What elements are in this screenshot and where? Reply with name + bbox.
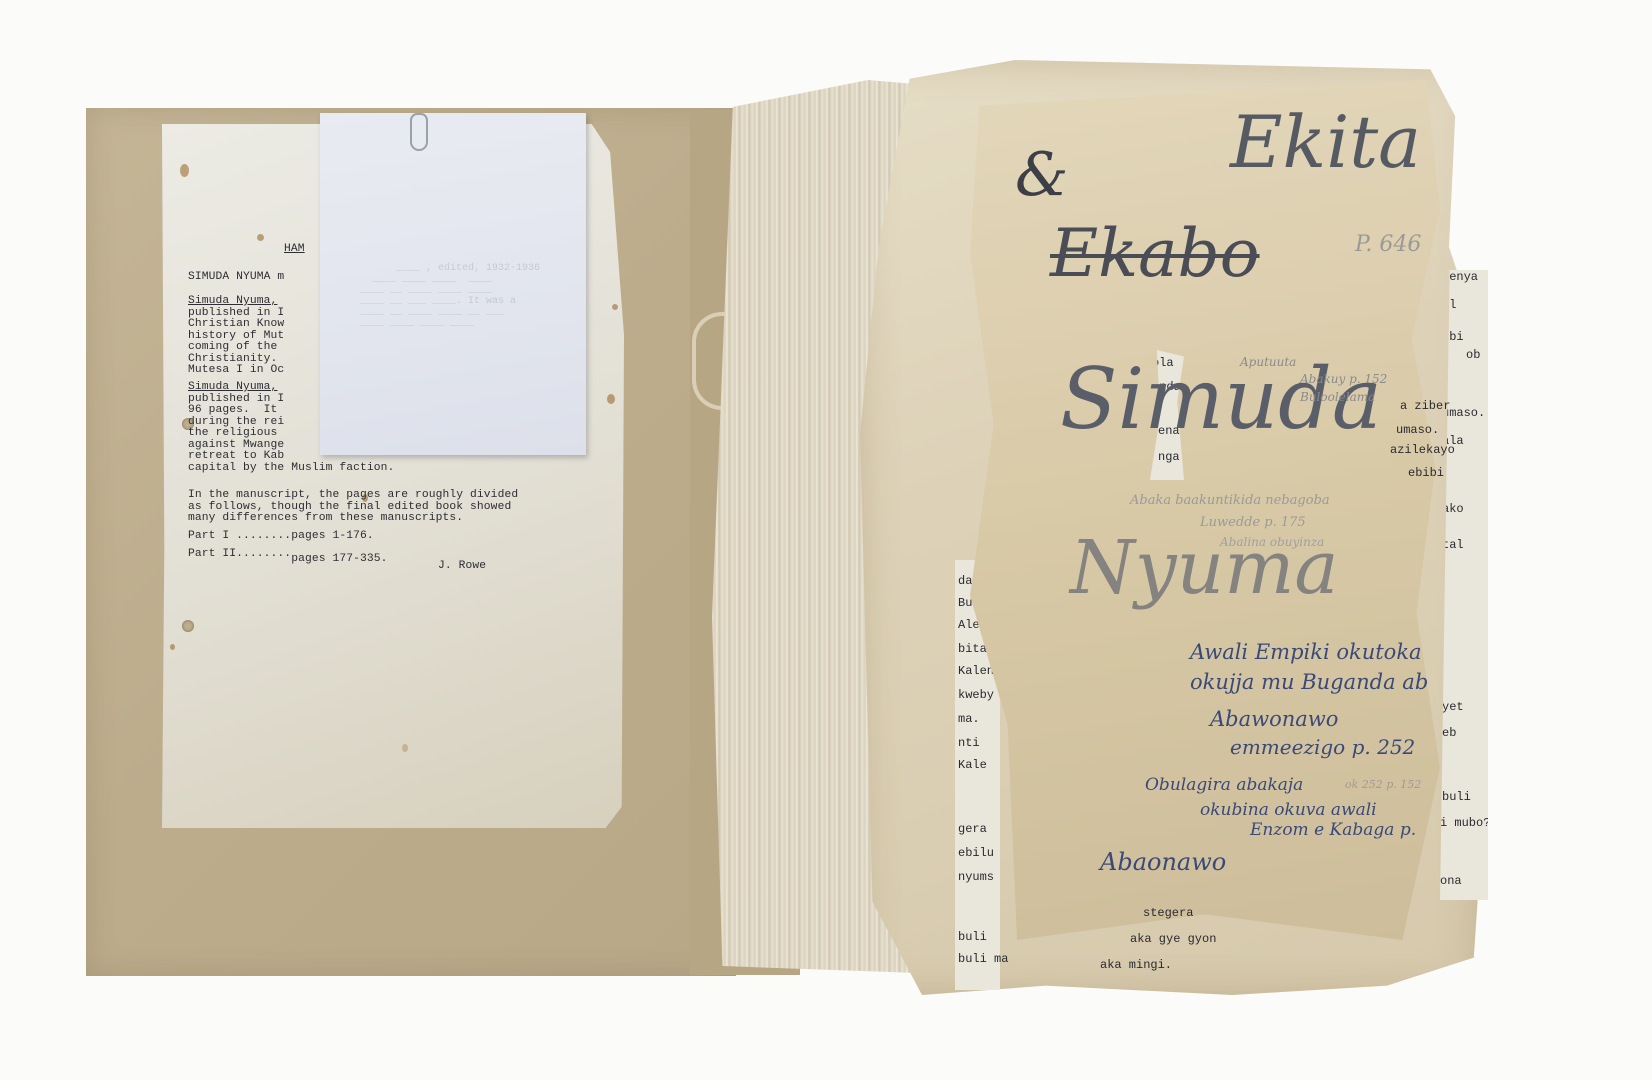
part-row: Part II........pages 177-335. — [188, 543, 518, 561]
rust-stain — [257, 234, 264, 241]
cover-title-line-1: Ekita — [1230, 100, 1421, 184]
typed-word: aka gye gyon — [1130, 932, 1216, 946]
typed-word: gera — [958, 822, 987, 836]
part-range: pages 1-176. — [291, 530, 374, 542]
ghost-line: ____ ____ ____ ____ — [324, 274, 540, 285]
note-signature: J. Rowe — [438, 561, 486, 573]
cover-ampersand: & — [1015, 140, 1068, 210]
rust-stain — [180, 164, 189, 177]
typed-word: Kalen — [958, 664, 994, 678]
typed-word: ona — [1440, 874, 1462, 888]
typed-word: kweby — [958, 688, 994, 702]
note-line: many differences from these manuscripts. — [188, 513, 518, 525]
part-row: Part I ........pages 1-176. — [188, 525, 518, 543]
typed-word: aka mingi. — [1100, 958, 1172, 972]
blue-ink-line: Abawonawo — [1210, 707, 1338, 731]
typed-word: ebilu — [958, 846, 994, 860]
cover-title-line-3: Nyuma — [1070, 525, 1339, 611]
ghost-line: ____ __ ___ ____. It was a — [324, 296, 540, 307]
typed-word: ebibi — [1408, 466, 1444, 480]
slip-showthrough-text: ____ , edited, 1932-1936 ____ ____ ____ … — [324, 263, 540, 329]
blue-ink-line: Awali Empiki okutoka — [1190, 640, 1422, 664]
typed-word: nti — [958, 736, 980, 750]
rust-stain — [612, 304, 618, 310]
blue-ink-line: Enzom e Kabaga p. — [1250, 820, 1416, 840]
ghost-line: ____ __ ____ ____ ____ — [324, 285, 540, 296]
typed-word: buli — [958, 930, 987, 944]
cover-page-note: P. 646 — [1355, 232, 1421, 257]
note-line: coming of the — [188, 342, 284, 354]
note-heading: HAM — [284, 244, 305, 256]
note-line: In the manuscript, the pages are roughly… — [188, 490, 518, 502]
typed-word: buli — [1442, 790, 1471, 804]
part-range: pages 177-335. — [291, 553, 387, 565]
cover-struck-word: Ekabo — [1050, 215, 1260, 292]
note-paragraph-3: In the manuscript, the pages are roughly… — [188, 490, 518, 561]
note-paragraph-1: Simuda Nyuma, published in I Christian K… — [188, 296, 284, 377]
rust-stain — [402, 744, 408, 752]
pencil-note: Aputuuta — [1240, 355, 1296, 369]
pencil-ref: ok 252 p. 152 — [1345, 778, 1421, 791]
typed-word: i mubo? — [1440, 816, 1490, 830]
typed-word: stegera — [1143, 906, 1193, 920]
note-line: Christian Know — [188, 319, 284, 331]
pencil-note: Buloolelama — [1300, 390, 1375, 404]
typed-word: umaso. — [1396, 423, 1439, 437]
note-line: Mutesa I in Oc — [188, 365, 284, 377]
blue-ink-line: Obulagira abakaja — [1145, 775, 1303, 795]
note-line: capital by the Muslim faction. — [188, 463, 394, 475]
typed-word: ma. — [958, 712, 980, 726]
typed-word: ob — [1466, 348, 1480, 362]
rust-stain — [607, 394, 615, 404]
ghost-line: ____ , edited, 1932-1936 — [324, 263, 540, 274]
typed-word: buli ma — [958, 952, 1008, 966]
part-label: Part I ........ — [188, 530, 291, 542]
note-title-line: SIMUDA NYUMA m — [188, 272, 284, 284]
typed-word: a ziber — [1400, 399, 1450, 413]
pencil-note: Abakuy p. 152 — [1300, 372, 1387, 386]
paperclip-icon — [410, 113, 428, 151]
typed-word: yet — [1442, 700, 1464, 714]
attached-blue-slip: ____ , edited, 1932-1936 ____ ____ ____ … — [320, 113, 586, 455]
punch-hole — [182, 620, 194, 632]
blue-ink-line: Abaonawo — [1100, 848, 1226, 876]
part-label: Part II........ — [188, 548, 291, 560]
typed-word: azilekayo — [1390, 443, 1455, 457]
typed-word: nyums — [958, 870, 994, 884]
ghost-line: ____ __ ____ ____ __ ___ — [324, 307, 540, 318]
struck-word: Ekabo — [1050, 215, 1260, 292]
typed-word: eb — [1442, 726, 1456, 740]
pencil-note: Abaka baakuntikida nebagoba — [1130, 493, 1330, 508]
typed-word: Kale — [958, 758, 987, 772]
note-line: Simuda Nyuma, — [188, 296, 284, 308]
ghost-line: ____ ____ ____ ____ — [324, 318, 540, 329]
typed-word: nga — [1158, 450, 1180, 464]
blue-ink-line: okujja mu Buganda ab — [1190, 670, 1428, 694]
blue-ink-line: emmeezigo p. 252 — [1230, 735, 1415, 759]
rust-stain — [170, 644, 175, 650]
blue-ink-line: okubina okuva awali — [1200, 800, 1377, 820]
